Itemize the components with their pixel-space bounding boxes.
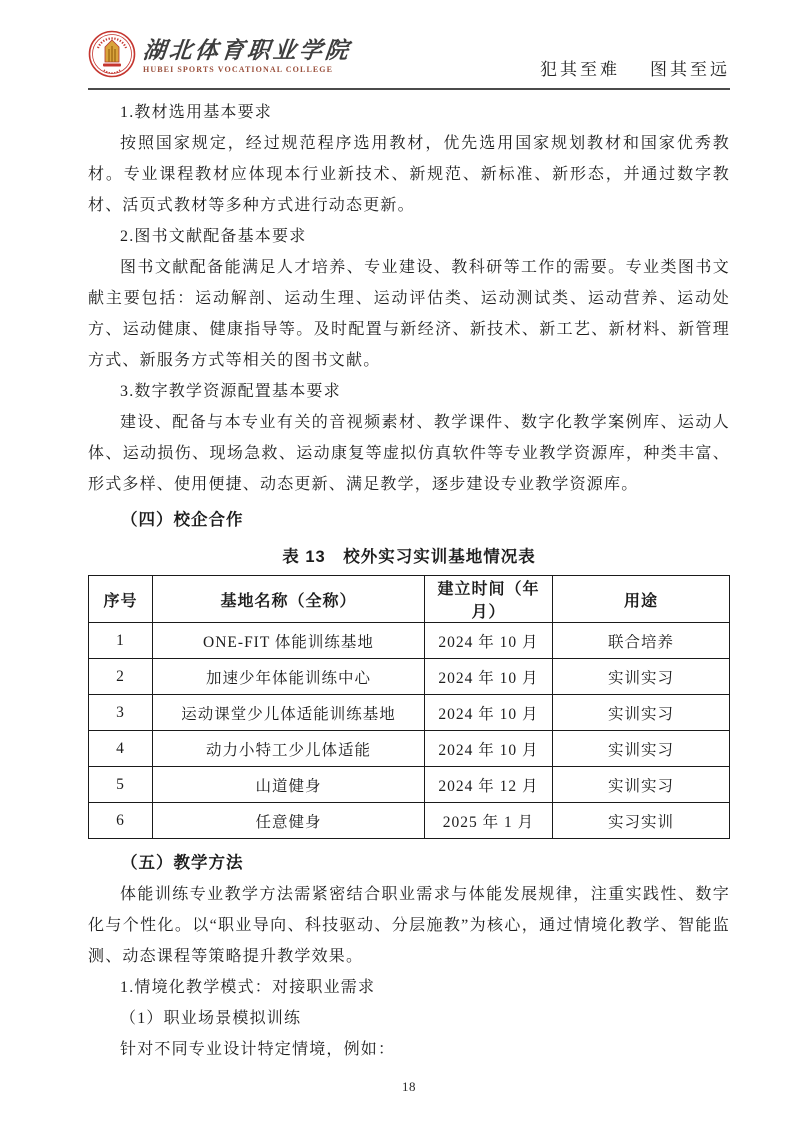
section2-heading: 2.图书文献配备基本要求 (88, 221, 730, 252)
cell-date: 2024 年 10 月 (424, 623, 552, 659)
cell-no: 1 (89, 623, 153, 659)
page-number: 18 (88, 1079, 730, 1095)
table-row: 1 ONE-FIT 体能训练基地 2024 年 10 月 联合培养 (89, 623, 730, 659)
cell-use: 实训实习 (553, 695, 730, 731)
section3-paragraph: 建设、配备与本专业有关的音视频素材、教学课件、数字化教学案例库、运动人体、运动损… (88, 407, 730, 500)
training-base-table: 序号 基地名称（全称） 建立时间（年月） 用途 1 ONE-FIT 体能训练基地… (88, 575, 730, 839)
cell-date: 2024 年 10 月 (424, 695, 552, 731)
college-name-en: HUBEI SPORTS VOCATIONAL COLLEGE (143, 64, 351, 75)
cell-name: 运动课堂少儿体适能训练基地 (153, 695, 425, 731)
cell-use: 联合培养 (553, 623, 730, 659)
section1-paragraph: 按照国家规定，经过规范程序选用教材，优先选用国家规划教材和国家优秀教材。专业课程… (88, 128, 730, 221)
table-row: 5 山道健身 2024 年 12 月 实训实习 (89, 767, 730, 803)
cell-date: 2024 年 10 月 (424, 731, 552, 767)
college-logo-icon (88, 30, 136, 83)
section4-heading: （四）校企合作 (88, 505, 730, 536)
cell-name: ONE-FIT 体能训练基地 (153, 623, 425, 659)
cell-name: 加速少年体能训练中心 (153, 659, 425, 695)
section2-paragraph: 图书文献配备能满足人才培养、专业建设、教科研等工作的需要。专业类图书文献主要包括… (88, 252, 730, 376)
table-row: 4 动力小特工少儿体适能 2024 年 10 月 实训实习 (89, 731, 730, 767)
cell-no: 6 (89, 803, 153, 839)
col-header-no: 序号 (89, 576, 153, 623)
cell-name: 动力小特工少儿体适能 (153, 731, 425, 767)
college-name-block: 湖北体育职业学院 HUBEI SPORTS VOCATIONAL COLLEGE (143, 38, 351, 75)
table-row: 6 任意健身 2025 年 1 月 实习实训 (89, 803, 730, 839)
motto-left: 犯其至难 (540, 55, 620, 80)
section1-heading: 1.教材选用基本要求 (88, 97, 730, 128)
cell-use: 实训实习 (553, 731, 730, 767)
col-header-use: 用途 (553, 576, 730, 623)
col-header-date: 建立时间（年月） (424, 576, 552, 623)
table-header-row: 序号 基地名称（全称） 建立时间（年月） 用途 (89, 576, 730, 623)
college-name-zh: 湖北体育职业学院 (142, 38, 353, 64)
document-content: 1.教材选用基本要求 按照国家规定，经过规范程序选用教材，优先选用国家规划教材和… (88, 97, 730, 1065)
cell-use: 实训实习 (553, 659, 730, 695)
cell-no: 2 (89, 659, 153, 695)
cell-date: 2024 年 12 月 (424, 767, 552, 803)
cell-no: 4 (89, 731, 153, 767)
table-title: 表 13 校外实习实训基地情况表 (88, 545, 730, 569)
motto-right: 图其至远 (650, 55, 730, 80)
cell-use: 实训实习 (553, 767, 730, 803)
section5-paragraph: 体能训练专业教学方法需紧密结合职业需求与体能发展规律，注重实践性、数字化与个性化… (88, 879, 730, 972)
cell-name: 山道健身 (153, 767, 425, 803)
method1-subheading: （1）职业场景模拟训练 (88, 1003, 730, 1034)
cell-name: 任意健身 (153, 803, 425, 839)
table-row: 2 加速少年体能训练中心 2024 年 10 月 实训实习 (89, 659, 730, 695)
method1-heading: 1.情境化教学模式：对接职业需求 (88, 972, 730, 1003)
section5-heading: （五）教学方法 (88, 848, 730, 879)
section3-heading: 3.数字教学资源配置基本要求 (88, 376, 730, 407)
header-motto: 犯其至难 图其至远 (540, 55, 730, 83)
method1-paragraph: 针对不同专业设计特定情境，例如： (88, 1034, 730, 1065)
cell-date: 2024 年 10 月 (424, 659, 552, 695)
cell-no: 3 (89, 695, 153, 731)
col-header-name: 基地名称（全称） (153, 576, 425, 623)
cell-no: 5 (89, 767, 153, 803)
cell-use: 实习实训 (553, 803, 730, 839)
table-row: 3 运动课堂少儿体适能训练基地 2024 年 10 月 实训实习 (89, 695, 730, 731)
cell-date: 2025 年 1 月 (424, 803, 552, 839)
college-brand: 湖北体育职业学院 HUBEI SPORTS VOCATIONAL COLLEGE (88, 30, 351, 83)
document-page: 湖北体育职业学院 HUBEI SPORTS VOCATIONAL COLLEGE… (0, 30, 800, 1095)
page-header: 湖北体育职业学院 HUBEI SPORTS VOCATIONAL COLLEGE… (88, 30, 730, 90)
